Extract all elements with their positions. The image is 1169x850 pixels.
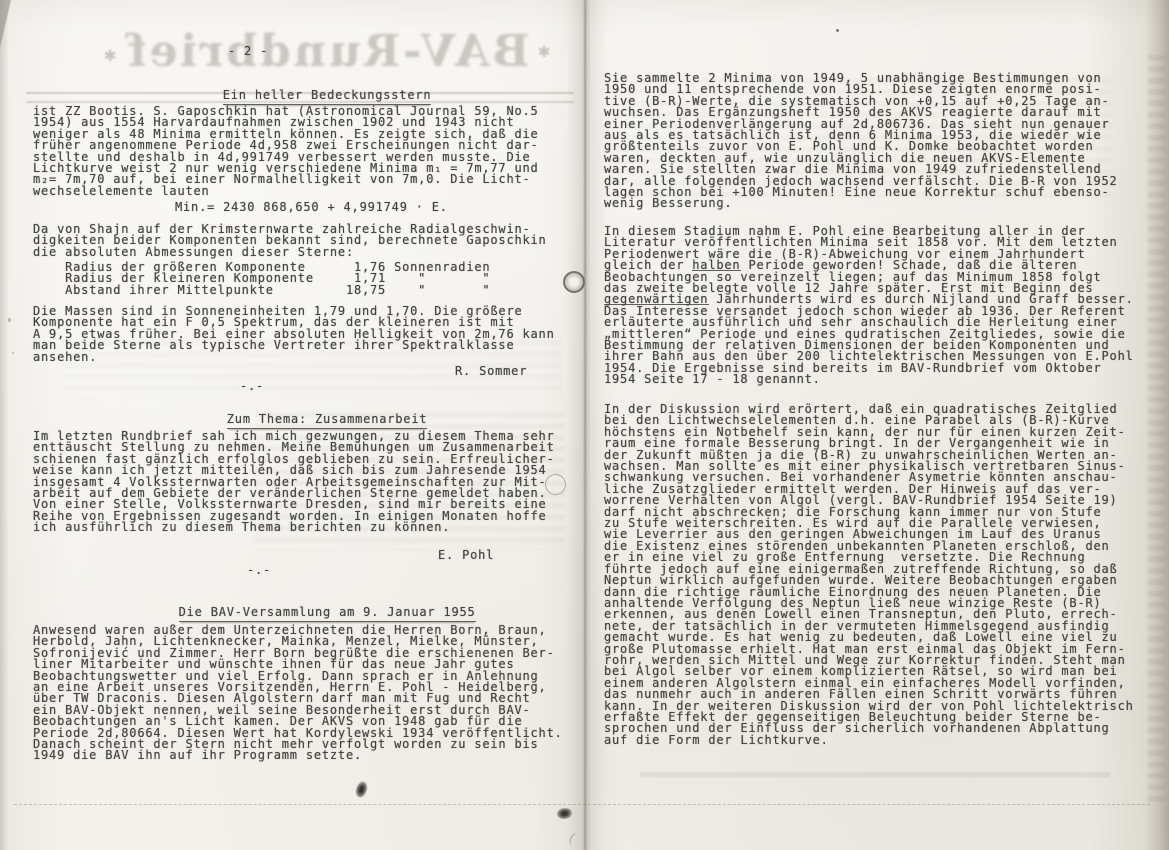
- page-edge-line: [584, 0, 586, 850]
- signature: E. Pohl: [438, 550, 494, 561]
- page-number: - 2 -: [228, 46, 348, 57]
- scan-corner-shadow: [0, 0, 11, 48]
- bleed-star-icon: ✱: [538, 38, 550, 62]
- paragraph: In der Diskussion wird erörtert, daß ein…: [604, 404, 1144, 746]
- paragraph: Im letzten Rundbrief sah ich mich gezwun…: [33, 431, 573, 534]
- fold-crease-line: [14, 804, 1150, 805]
- paragraph: Sie sammelte 2 Minima von 1949, 5 unabhä…: [604, 73, 1144, 210]
- article-title-text: Die BAV-Versammlung am 9. Januar 1955: [179, 605, 476, 622]
- ink-speck: [836, 29, 839, 32]
- bleed-star-icon: ✱: [104, 42, 116, 66]
- bleed-through-edge-text: [1148, 55, 1165, 805]
- paragraph: In diesem Stadium nahm E. Pohl eine Bear…: [604, 226, 1144, 386]
- article-title-text: Ein heller Bedeckungsstern: [223, 88, 432, 105]
- left-page-edge-shadow: [0, 0, 9, 850]
- ink-smudge: [354, 780, 370, 800]
- section-separator: -.-: [247, 565, 271, 576]
- signature: R. Sommer: [455, 366, 527, 377]
- paragraph: Da von Shajn auf der Krimsternwarte zahl…: [33, 224, 573, 258]
- dimensions-table: Radius der größeren Komponente 1,76 Sonn…: [33, 262, 573, 296]
- ink-speck: [12, 352, 14, 354]
- ink-smudge: [567, 831, 584, 850]
- section-separator: -.-: [240, 381, 264, 392]
- paragraph: ist ZZ Bootis. S. Gaposchkin hat (Astron…: [33, 106, 573, 197]
- right-page-edge-shadow: [1145, 0, 1169, 850]
- paragraph: Anwesend waren außer dem Unterzeichneten…: [33, 625, 573, 762]
- article-title-text: Zum Thema: Zusammenarbeit: [227, 412, 428, 429]
- ephemeris-formula: Min.= 2430 868,650 + 4,991749 · E.: [175, 202, 448, 213]
- scanned-document-spread: BAV-Rundbrief ✱ ✱ - 2 - Ein heller Bedec…: [0, 0, 1169, 850]
- ink-speck: [8, 318, 11, 322]
- bleed-through-text-line: [640, 772, 1110, 783]
- paragraph: Die Massen sind in Sonneneinheiten 1,79 …: [33, 306, 573, 363]
- ink-smudge: [556, 807, 572, 820]
